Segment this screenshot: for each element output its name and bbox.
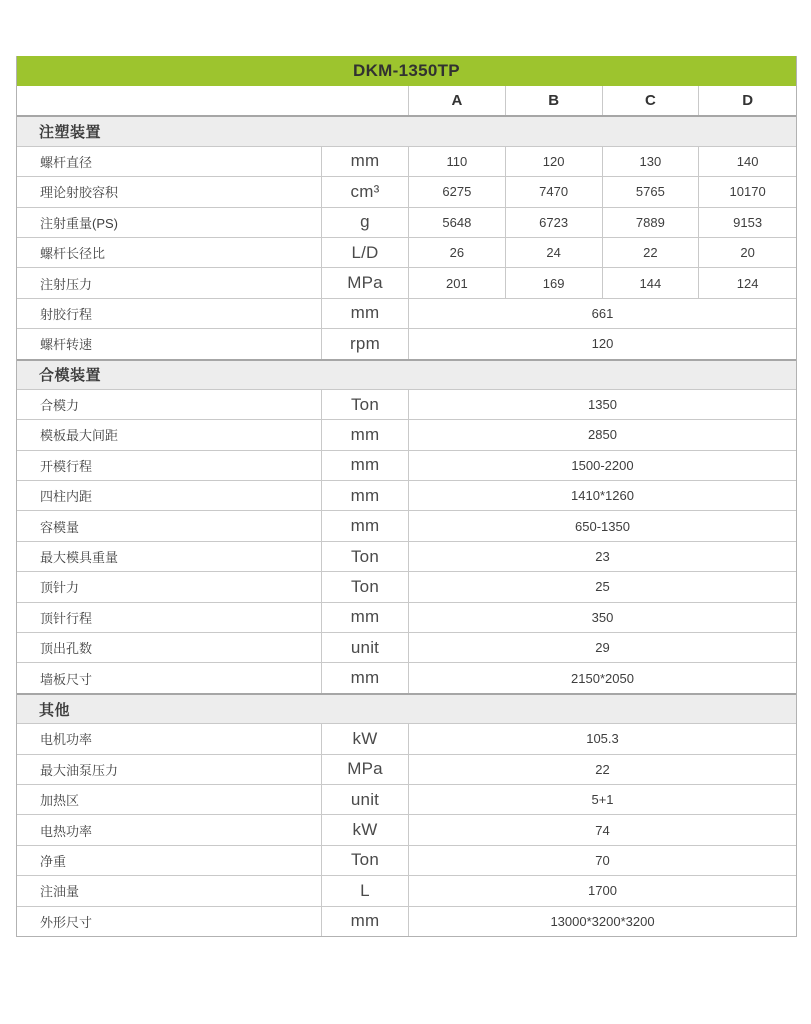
spec-unit: unit	[322, 785, 409, 814]
spec-unit: cm³	[322, 177, 409, 206]
section-title: 合模装置	[17, 364, 101, 385]
spec-unit: L	[322, 876, 409, 905]
spec-value: 22	[409, 755, 796, 784]
spec-unit: rpm	[322, 329, 409, 358]
table-row: 顶针力 Ton 25	[17, 571, 796, 601]
spec-unit: mm	[322, 147, 409, 176]
table-row: 模板最大间距 mm 2850	[17, 419, 796, 449]
spec-unit: g	[322, 208, 409, 237]
spec-label: 最大油泵压力	[17, 755, 322, 784]
model-title: DKM-1350TP	[353, 61, 460, 81]
spec-label: 电机功率	[17, 724, 322, 753]
table-row: 净重 Ton 70	[17, 845, 796, 875]
spec-unit: unit	[322, 633, 409, 662]
spec-unit: mm	[322, 299, 409, 328]
table-row: 注射压力 MPa 201 169 144 124	[17, 267, 796, 297]
spec-unit: mm	[322, 663, 409, 692]
spec-value-a: 26	[409, 238, 506, 267]
table-row: 射胶行程 mm 661	[17, 298, 796, 328]
spec-label: 加热区	[17, 785, 322, 814]
table-row: 顶出孔数 unit 29	[17, 632, 796, 662]
spec-value-d: 140	[699, 147, 796, 176]
table-row: 合模力 Ton 1350	[17, 389, 796, 419]
spec-value-d: 20	[699, 238, 796, 267]
spec-label: 注射压力	[17, 268, 322, 297]
table-row: 电热功率 kW 74	[17, 814, 796, 844]
column-header-b: B	[506, 86, 603, 115]
spec-value: 661	[409, 299, 796, 328]
spec-unit: mm	[322, 907, 409, 936]
spec-value: 13000*3200*3200	[409, 907, 796, 936]
spec-value: 23	[409, 542, 796, 571]
spec-label: 螺杆转速	[17, 329, 322, 358]
spec-unit: kW	[322, 815, 409, 844]
spec-unit: mm	[322, 451, 409, 480]
column-header-empty	[17, 86, 409, 115]
column-header-c: C	[603, 86, 700, 115]
spec-value: 1700	[409, 876, 796, 905]
table-row: 容模量 mm 650-1350	[17, 510, 796, 540]
table-row: 开模行程 mm 1500-2200	[17, 450, 796, 480]
table-row: 螺杆长径比 L/D 26 24 22 20	[17, 237, 796, 267]
spec-unit: mm	[322, 603, 409, 632]
model-title-bar: DKM-1350TP	[17, 56, 796, 86]
spec-value-b: 24	[506, 238, 603, 267]
spec-value-d: 9153	[699, 208, 796, 237]
spec-value: 1500-2200	[409, 451, 796, 480]
spec-value-b: 7470	[506, 177, 603, 206]
spec-value-b: 120	[506, 147, 603, 176]
spec-label: 顶出孔数	[17, 633, 322, 662]
section-header-clamping-unit: 合模装置	[17, 359, 796, 389]
spec-label: 射胶行程	[17, 299, 322, 328]
spec-unit: kW	[322, 724, 409, 753]
spec-label: 顶针行程	[17, 603, 322, 632]
spec-value: 350	[409, 603, 796, 632]
spec-value-c: 22	[603, 238, 700, 267]
spec-label: 注油量	[17, 876, 322, 905]
spec-label: 模板最大间距	[17, 420, 322, 449]
spec-value-c: 130	[603, 147, 700, 176]
table-row: 最大油泵压力 MPa 22	[17, 754, 796, 784]
spec-value: 70	[409, 846, 796, 875]
spec-value-d: 124	[699, 268, 796, 297]
spec-value-a: 5648	[409, 208, 506, 237]
spec-value-a: 110	[409, 147, 506, 176]
table-row: 墙板尺寸 mm 2150*2050	[17, 662, 796, 692]
spec-value-a: 6275	[409, 177, 506, 206]
spec-label: 四柱内距	[17, 481, 322, 510]
spec-value-b: 169	[506, 268, 603, 297]
table-row: 螺杆直径 mm 110 120 130 140	[17, 146, 796, 176]
spec-value: 105.3	[409, 724, 796, 753]
table-row: 注射重量(PS) g 5648 6723 7889 9153	[17, 207, 796, 237]
spec-unit: Ton	[322, 542, 409, 571]
column-header-row: A B C D	[17, 86, 796, 115]
table-row: 最大模具重量 Ton 23	[17, 541, 796, 571]
spec-label: 净重	[17, 846, 322, 875]
spec-unit: mm	[322, 511, 409, 540]
table-row: 电机功率 kW 105.3	[17, 723, 796, 753]
spec-unit: MPa	[322, 755, 409, 784]
spec-value-a: 201	[409, 268, 506, 297]
spec-value-c: 144	[603, 268, 700, 297]
spec-label: 螺杆直径	[17, 147, 322, 176]
spec-value: 1410*1260	[409, 481, 796, 510]
spec-label: 螺杆长径比	[17, 238, 322, 267]
column-header-a: A	[409, 86, 506, 115]
spec-unit: mm	[322, 481, 409, 510]
table-row: 顶针行程 mm 350	[17, 602, 796, 632]
table-row: 注油量 L 1700	[17, 875, 796, 905]
spec-label: 顶针力	[17, 572, 322, 601]
table-row: 理论射胶容积 cm³ 6275 7470 5765 10170	[17, 176, 796, 206]
table-row: 螺杆转速 rpm 120	[17, 328, 796, 358]
table-row: 加热区 unit 5+1	[17, 784, 796, 814]
spec-value: 25	[409, 572, 796, 601]
spec-unit: MPa	[322, 268, 409, 297]
spec-label: 注射重量(PS)	[17, 208, 322, 237]
spec-label: 墙板尺寸	[17, 663, 322, 692]
spec-value: 29	[409, 633, 796, 662]
spec-value: 2150*2050	[409, 663, 796, 692]
spec-label: 开模行程	[17, 451, 322, 480]
spec-value: 650-1350	[409, 511, 796, 540]
section-header-other: 其他	[17, 693, 796, 723]
spec-value-b: 6723	[506, 208, 603, 237]
spec-value-c: 5765	[603, 177, 700, 206]
table-row: 外形尺寸 mm 13000*3200*3200	[17, 906, 796, 936]
section-title: 其他	[17, 699, 70, 720]
section-header-injection-unit: 注塑装置	[17, 115, 796, 145]
spec-value: 1350	[409, 390, 796, 419]
spec-value-c: 7889	[603, 208, 700, 237]
spec-value-d: 10170	[699, 177, 796, 206]
spec-unit: Ton	[322, 390, 409, 419]
spec-label: 电热功率	[17, 815, 322, 844]
spec-label: 外形尺寸	[17, 907, 322, 936]
spec-unit: Ton	[322, 572, 409, 601]
spec-unit: mm	[322, 420, 409, 449]
spec-value: 2850	[409, 420, 796, 449]
spec-value: 5+1	[409, 785, 796, 814]
spec-value: 120	[409, 329, 796, 358]
section-title: 注塑装置	[17, 121, 101, 142]
spec-table: DKM-1350TP A B C D 注塑装置 螺杆直径 mm 110 120 …	[16, 56, 797, 937]
spec-label: 合模力	[17, 390, 322, 419]
spec-unit: L/D	[322, 238, 409, 267]
spec-label: 最大模具重量	[17, 542, 322, 571]
spec-label: 理论射胶容积	[17, 177, 322, 206]
spec-value: 74	[409, 815, 796, 844]
spec-unit: Ton	[322, 846, 409, 875]
column-header-d: D	[699, 86, 796, 115]
table-row: 四柱内距 mm 1410*1260	[17, 480, 796, 510]
spec-label: 容模量	[17, 511, 322, 540]
